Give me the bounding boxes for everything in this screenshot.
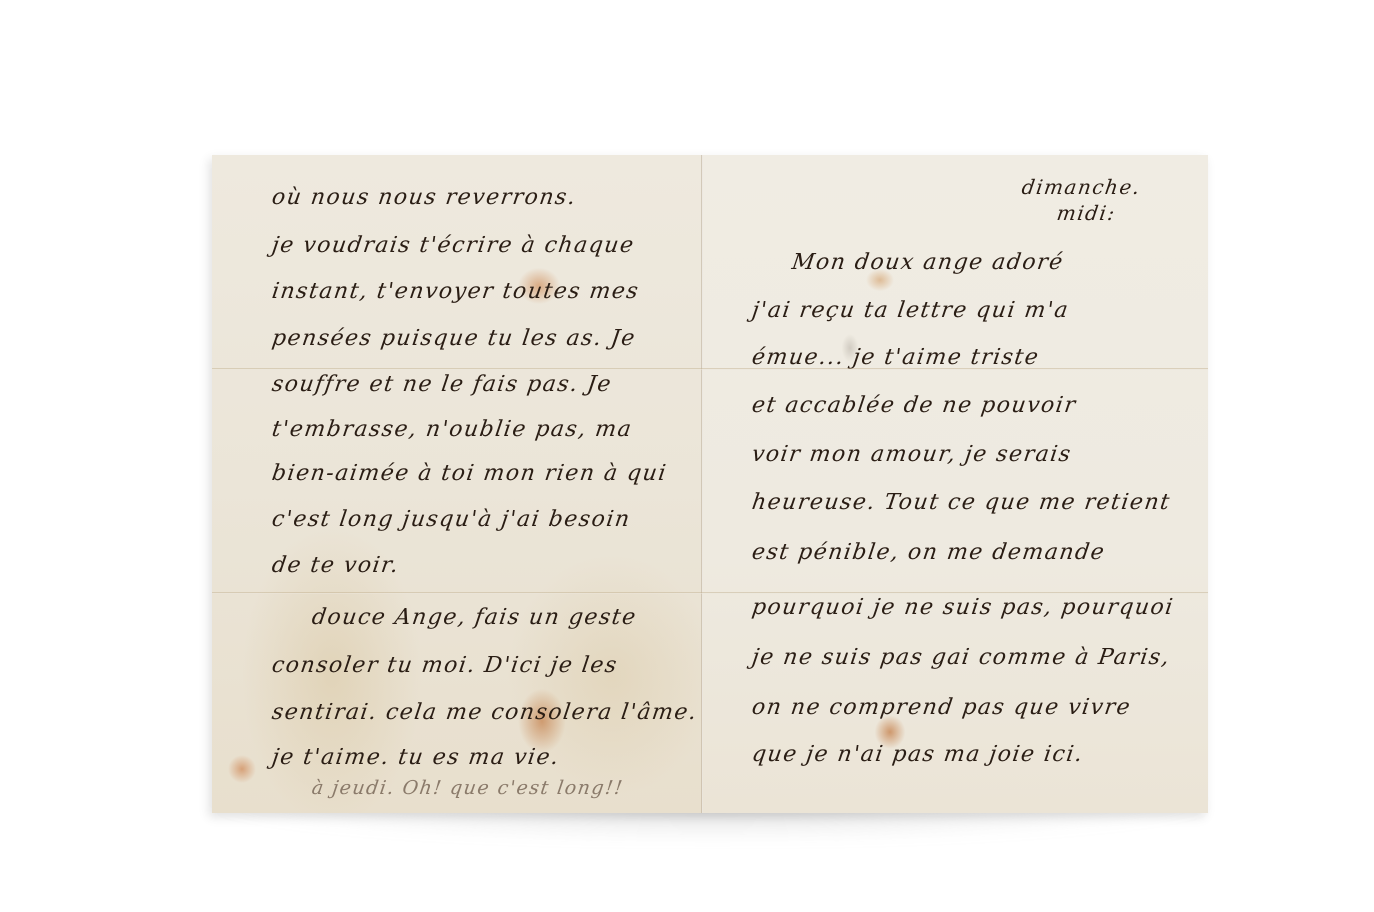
left-line-12: sentirai. cela me consolera l'âme.	[270, 700, 699, 725]
left-line-3: instant, t'envoyer toutes mes	[270, 279, 641, 304]
right-line-2: j'ai reçu ta lettre qui m'a	[750, 298, 1071, 323]
letter-left-page: où nous nous reverrons. je voudrais t'éc…	[212, 155, 702, 813]
right-line-4: et accablée de ne pouvoir	[750, 393, 1078, 418]
left-line-9: de te voir.	[270, 553, 401, 578]
left-line-10: douce Ange, fais un geste	[310, 605, 638, 630]
photo-stage: où nous nous reverrons. je voudrais t'éc…	[0, 0, 1374, 912]
left-line-5: souffre et ne le fais pas. Je	[270, 372, 614, 397]
right-line-10: on ne comprend pas que vivre	[750, 695, 1133, 720]
horizontal-fold-upper	[212, 368, 1208, 370]
left-line-7: bien-aimée à toi mon rien à qui	[270, 461, 668, 486]
left-line-8: c'est long jusqu'à j'ai besoin	[270, 507, 632, 532]
left-line-2: je voudrais t'écrire à chaque	[270, 233, 636, 258]
center-fold	[701, 155, 703, 813]
date-heading: dimanche.	[1020, 175, 1142, 199]
right-line-7: est pénible, on me demande	[750, 540, 1107, 565]
letter-sheet: où nous nous reverrons. je voudrais t'éc…	[212, 155, 1208, 813]
left-line-6: t'embrasse, n'oublie pas, ma	[270, 417, 634, 442]
horizontal-fold-lower	[212, 592, 1208, 594]
letter-right-page: dimanche. midi: Mon doux ange adoré j'ai…	[702, 155, 1208, 813]
right-line-6: heureuse. Tout ce que me retient	[750, 490, 1172, 515]
left-line-4: pensées puisque tu les as. Je	[270, 326, 637, 351]
left-line-13: je t'aime. tu es ma vie.	[270, 745, 561, 770]
right-line-3: émue... je t'aime triste	[750, 345, 1041, 370]
right-line-5: voir mon amour, je serais	[750, 442, 1073, 467]
time-heading: midi:	[1055, 201, 1117, 225]
right-line-9: je ne suis pas gai comme à Paris,	[750, 645, 1172, 670]
right-line-8: pourquoi je ne suis pas, pourquoi	[750, 595, 1175, 620]
left-postscript: à jeudi. Oh! que c'est long!!	[310, 777, 625, 799]
left-line-11: consoler tu moi. D'ici je les	[270, 653, 619, 678]
right-line-11: que je n'ai pas ma joie ici.	[750, 742, 1085, 767]
left-line-1: où nous nous reverrons.	[270, 185, 578, 210]
right-line-1: Mon doux ange adoré	[790, 250, 1065, 275]
